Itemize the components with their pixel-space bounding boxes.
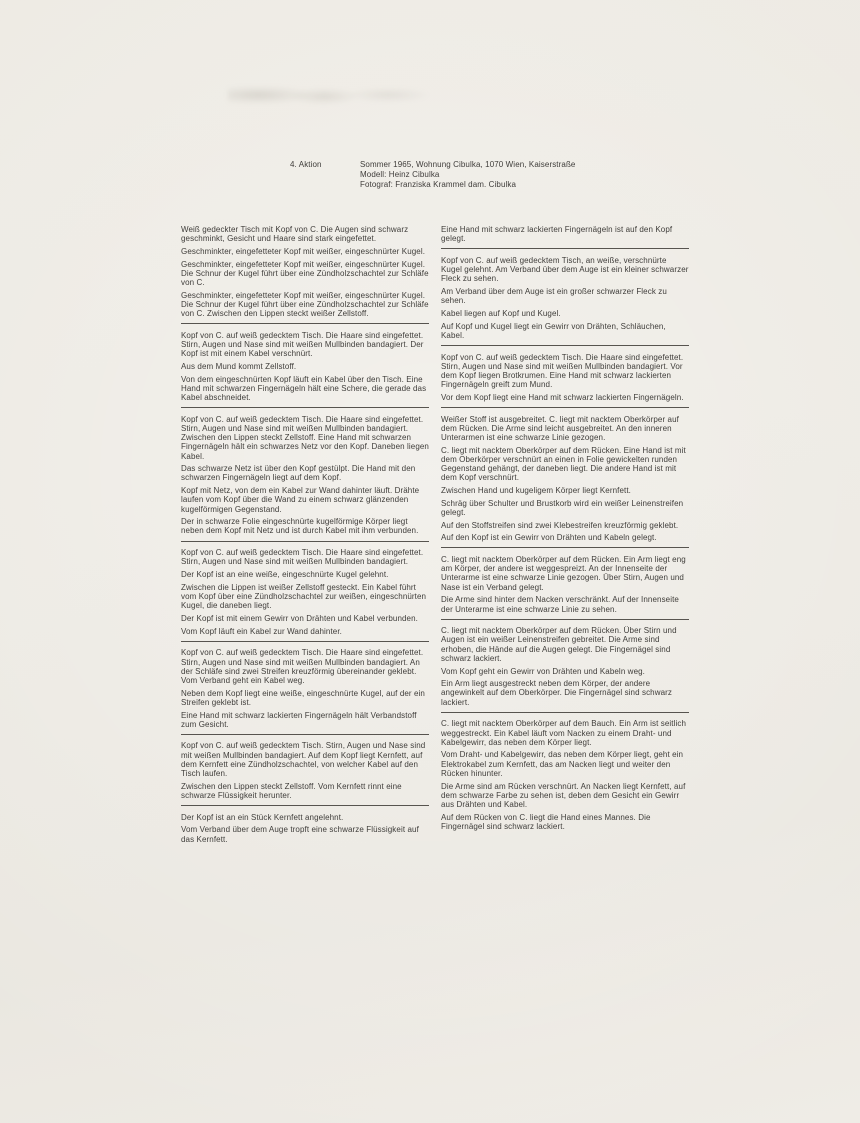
faint-pencil-smudge (228, 82, 428, 108)
description-paragraph: C. liegt mit nacktem Oberkörper auf dem … (441, 719, 689, 747)
description-paragraph: Der Kopf ist mit einem Gewirr von Drähte… (181, 614, 429, 623)
description-paragraph: Weiß gedeckter Tisch mit Kopf von C. Die… (181, 225, 429, 243)
description-paragraph: Vom Verband über dem Auge tropft eine sc… (181, 825, 429, 843)
paper-sheet: 4. Aktion Sommer 1965, Wohnung Cibulka, … (0, 0, 860, 1123)
description-paragraph: Vor dem Kopf liegt eine Hand mit schwarz… (441, 393, 689, 402)
block-divider (181, 734, 429, 735)
description-paragraph: C. liegt mit nacktem Oberkörper auf dem … (441, 555, 689, 592)
block-divider (441, 712, 689, 713)
description-paragraph: Vom Kopf geht ein Gewirr von Drähten und… (441, 667, 689, 676)
description-paragraph: Kopf von C. auf weiß gedecktem Tisch. Di… (181, 331, 429, 359)
description-paragraph: Eine Hand mit schwarz lackierten Fingern… (181, 711, 429, 729)
description-paragraph: Kopf von C. auf weiß gedecktem Tisch. Di… (181, 548, 429, 566)
description-paragraph: Auf dem Rücken von C. liegt die Hand ein… (441, 813, 689, 831)
right-text-column: Eine Hand mit schwarz lackierten Fingern… (441, 225, 689, 847)
description-paragraph: Auf Kopf und Kugel liegt ein Gewirr von … (441, 322, 689, 340)
description-paragraph: Neben dem Kopf liegt eine weiße, eingesc… (181, 689, 429, 707)
description-paragraph: Zwischen die Lippen ist weißer Zellstoff… (181, 583, 429, 611)
description-paragraph: Eine Hand mit schwarz lackierten Fingern… (441, 225, 689, 243)
description-paragraph: Der Kopf ist an ein Stück Kernfett angel… (181, 813, 429, 822)
description-paragraph: Geschminkter, eingefetteter Kopf mit wei… (181, 291, 429, 319)
block-divider (441, 345, 689, 346)
description-paragraph: Geschminkter, eingefetteter Kopf mit wei… (181, 247, 429, 256)
description-paragraph: Vom Draht- und Kabelgewirr, das neben de… (441, 750, 689, 778)
description-paragraph: Von dem eingeschnürten Kopf läuft ein Ka… (181, 375, 429, 403)
block-divider (181, 805, 429, 806)
description-paragraph: C. liegt mit nacktem Oberkörper auf dem … (441, 446, 689, 483)
left-text-column: Weiß gedeckter Tisch mit Kopf von C. Die… (181, 225, 429, 847)
description-paragraph: Kopf von C. auf weiß gedecktem Tisch. Di… (441, 353, 689, 390)
description-paragraph: Aus dem Mund kommt Zellstoff. (181, 362, 429, 371)
description-paragraph: Schräg über Schulter und Brustkorb wird … (441, 499, 689, 517)
credit-line-model: Modell: Heinz Cibulka (360, 170, 575, 180)
credits-block: Sommer 1965, Wohnung Cibulka, 1070 Wien,… (360, 160, 575, 190)
block-divider (441, 248, 689, 249)
description-paragraph: Kopf mit Netz, von dem ein Kabel zur Wan… (181, 486, 429, 514)
description-paragraph: Weißer Stoff ist ausgebreitet. C. liegt … (441, 415, 689, 443)
block-divider (441, 547, 689, 548)
description-paragraph: Das schwarze Netz ist über den Kopf gest… (181, 464, 429, 482)
block-divider (441, 619, 689, 620)
description-paragraph: Auf den Kopf ist ein Gewirr von Drähten … (441, 533, 689, 542)
description-paragraph: Ein Arm liegt ausgestreckt neben dem Kör… (441, 679, 689, 707)
description-paragraph: Kabel liegen auf Kopf und Kugel. (441, 309, 689, 318)
description-paragraph: Zwischen Hand und kugeligem Körper liegt… (441, 486, 689, 495)
action-title: 4. Aktion (290, 160, 322, 169)
description-paragraph: Vom Kopf läuft ein Kabel zur Wand dahint… (181, 627, 429, 636)
description-paragraph: Am Verband über dem Auge ist ein großer … (441, 287, 689, 305)
block-divider (181, 407, 429, 408)
credit-line-photographer: Fotograf: Franziska Krammel dam. Cibulka (360, 180, 575, 190)
block-divider (181, 541, 429, 542)
credit-line-location: Sommer 1965, Wohnung Cibulka, 1070 Wien,… (360, 160, 575, 170)
description-paragraph: Zwischen den Lippen steckt Zellstoff. Vo… (181, 782, 429, 800)
description-paragraph: Der Kopf ist an eine weiße, eingeschnürt… (181, 570, 429, 579)
block-divider (181, 323, 429, 324)
description-paragraph: Geschminkter, eingefetteter Kopf mit wei… (181, 260, 429, 288)
description-paragraph: Kopf von C. auf weiß gedecktem Tisch. Di… (181, 648, 429, 685)
description-paragraph: Auf den Stoffstreifen sind zwei Klebestr… (441, 521, 689, 530)
description-paragraph: Kopf von C. auf weiß gedecktem Tisch. Di… (181, 415, 429, 461)
text-columns: Weiß gedeckter Tisch mit Kopf von C. Die… (181, 225, 689, 847)
description-paragraph: Die Arme sind am Rücken verschnürt. An N… (441, 782, 689, 810)
description-paragraph: Kopf von C. auf weiß gedecktem Tisch, an… (441, 256, 689, 284)
description-paragraph: Die Arme sind hinter dem Nacken verschrä… (441, 595, 689, 613)
block-divider (441, 407, 689, 408)
description-paragraph: Der in schwarze Folie eingeschnürte kuge… (181, 517, 429, 535)
description-paragraph: Kopf von C. auf weiß gedecktem Tisch. St… (181, 741, 429, 778)
block-divider (181, 641, 429, 642)
description-paragraph: C. liegt mit nacktem Oberkörper auf dem … (441, 626, 689, 663)
